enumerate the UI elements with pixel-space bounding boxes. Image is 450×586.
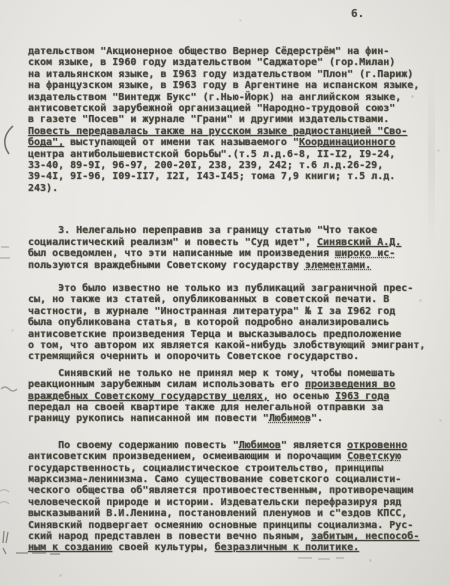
text-line: 33-40, 89-9I, 96-97, 200-20I, 238, 239, … (28, 160, 444, 171)
text-line: Синявский подвергает осмеянию основные п… (28, 520, 444, 531)
text-segment: марксизма-ленинизма. Само существование … (28, 474, 401, 485)
text-segment: в газете "Посев" и журнале "Грани" и дру… (28, 114, 389, 125)
underlined-text-segment: Любимов (269, 413, 311, 424)
underlined-text-segment: бода", (28, 137, 64, 148)
text-line: антисоветским произведением, осмеивающим… (28, 451, 444, 462)
text-line: ском языке, в I960 году издательством "С… (28, 57, 444, 68)
text-segment: Синявский не только не принял мер к тому… (28, 368, 395, 379)
scan-streak-artifact (428, 62, 435, 252)
text-segment: Синявский подвергает осмеянию основные п… (28, 520, 413, 531)
text-line: Повесть передавалась также на русском яз… (28, 126, 444, 137)
text-segment: антисоветским произведением, осмеивающим… (28, 451, 347, 462)
text-line: частности, в журнале "Иностранная литера… (28, 306, 444, 317)
text-segment: дательством "Акционерное общество Вернер… (28, 46, 389, 57)
text-line: на итальянском языке, в I963 году издате… (28, 69, 444, 80)
text-line: реакционным зарубежным силам использоват… (28, 379, 444, 390)
text-line: центра антибольшевистской борьбы".(т.5 л… (28, 149, 444, 160)
text-segment: ". (311, 413, 323, 424)
text-segment: высказываний В.И.Ленина, постановлений п… (28, 508, 407, 519)
text-line: 39-4I, 9I-96, I09-II7, I2I, I43-I45; том… (28, 171, 444, 182)
underlined-text-segment: элементами. (305, 260, 371, 271)
underlined-text-segment: забитым, неспособ- (311, 531, 419, 542)
text-segment: реакционным зарубежным силам использоват… (28, 379, 305, 390)
text-line: на французском языке, в I963 году в Арге… (28, 80, 444, 91)
text-line: 3. Нелегально переправив за границу стат… (28, 225, 444, 236)
squiggle-pencil-marks (0, 490, 9, 504)
underlined-text-segment: широко ис- (335, 248, 395, 259)
text-segment: антисоветской зарубежной организацией "Н… (28, 103, 395, 114)
text-line: социалистический реализм" и повесть "Суд… (28, 237, 444, 248)
text-segment: но осенью (269, 391, 335, 402)
dashes-under-last-line-center (298, 558, 344, 559)
paragraph: дательством "Акционерное общество Вернер… (28, 46, 444, 194)
text-segment: передал на своей квартире также для неле… (28, 402, 383, 413)
parenthesis-pencil-mark (5, 126, 13, 154)
text-line: Это было известно не только из публикаци… (28, 283, 444, 294)
text-segment: Это было известно не только из публикаци… (28, 283, 413, 294)
underlined-text-segment: I963 года (335, 391, 389, 402)
text-segment: пользуются враждебными Советскому госуда… (28, 260, 305, 271)
text-segment: ский народ представлен в повести вечно п… (28, 531, 311, 542)
scan-speckle-artifacts (0, 0, 1, 1)
text-segment: 33-40, 89-9I, 96-97, 200-20I, 238, 239, … (28, 160, 383, 171)
text-segment: ском языке, в I960 году издательством "С… (28, 57, 395, 68)
text-segment: " является (281, 440, 347, 451)
text-segment: выступающей от имени так называемого " (64, 137, 299, 148)
text-line: была опубликована статья, в которой подр… (28, 317, 444, 328)
text-segment: центра антибольшевистской борьбы".(т.5 л… (28, 149, 395, 160)
text-line: бода", выступающей от имени так называем… (28, 137, 444, 148)
text-line: издательством "Винтедж Букс" (г.Нью-Йорк… (28, 92, 444, 103)
text-line: высказываний В.И.Ленина, постановлений п… (28, 508, 444, 519)
text-line: ский народ представлен в повести вечно п… (28, 531, 444, 542)
text-segment: государственность, социалистическое стро… (28, 463, 383, 474)
text-segment: на итальянском языке, в I963 году издате… (28, 69, 413, 80)
text-line: был осведомлен, что эти написанные им пр… (28, 248, 444, 259)
text-segment: была опубликована статья, в которой подр… (28, 317, 389, 328)
underlined-text-segment: откровенно (347, 440, 407, 451)
text-segment: 39-4I, 9I-96, I09-II7, I2I, I43-I45; том… (28, 171, 395, 182)
text-segment: был осведомлен, что эти написанные им пр… (28, 248, 335, 259)
text-line: о том, что автором их является какой-ниб… (28, 340, 444, 351)
text-line: антисоветской зарубежной организацией "Н… (28, 103, 444, 114)
scanned-document-page: 6. дательством "Акционерное общество Вер… (0, 0, 450, 586)
text-block: дательством "Акционерное общество Вернер… (28, 46, 444, 554)
text-line: стремящийся очернить и опорочить Советск… (28, 351, 444, 362)
text-segment: ческого общества об"является противоесте… (28, 485, 413, 496)
text-segment: 243). (28, 183, 58, 194)
dash-pencil-marks (0, 247, 10, 258)
text-line: ческого общества об"является противоесте… (28, 485, 444, 496)
text-line: Синявский не только не принял мер к тому… (28, 368, 444, 379)
underlined-text-segment: безразличным к политике. (215, 542, 360, 553)
text-segment: человеческой природе и истории. Издевате… (28, 497, 401, 508)
text-segment: 3. Нелегально переправив за границу стат… (28, 225, 377, 236)
text-line: границу рукопись написанной им повести "… (28, 413, 444, 424)
underlined-text-segment: произведения во (305, 379, 395, 390)
underlined-text-segment: ным к созданию (28, 542, 112, 553)
underlined-text-segment: Советскую (347, 451, 401, 462)
text-segment: на французском языке, в I963 году в Арге… (28, 80, 419, 91)
text-line: в газете "Посев" и журнале "Грани" и дру… (28, 114, 444, 125)
paragraph: 3. Нелегально переправив за границу стат… (28, 225, 444, 271)
text-line: человеческой природе и истории. Издевате… (28, 497, 444, 508)
text-segment: антисоветские произведения Терца и выска… (28, 329, 401, 340)
underlined-text-segment: Повесть передавалась также на русском яз… (28, 126, 407, 137)
text-line: государственность, социалистическое стро… (28, 463, 444, 474)
double-tick-pencil-mark (3, 531, 8, 554)
text-segment: сы, но также из статей, опубликованных в… (28, 294, 389, 305)
text-segment: социалистический реализм" и повесть "Суд… (28, 237, 317, 248)
paragraph: Это было известно не только из публикаци… (28, 283, 444, 363)
text-line: пользуются враждебными Советскому госуда… (28, 260, 444, 271)
text-line: 243). (28, 183, 444, 194)
text-segment: стремящийся очернить и опорочить Советск… (28, 351, 359, 362)
text-line: антисоветские произведения Терца и выска… (28, 329, 444, 340)
text-segment: границу рукопись написанной им повести " (28, 413, 269, 424)
text-segment: По своему содержанию повесть " (28, 440, 239, 451)
text-line: враждебных Советскому государству целях,… (28, 391, 444, 402)
text-line: сы, но также из статей, опубликованных в… (28, 294, 444, 305)
paragraph: По своему содержанию повесть "Любимов" я… (28, 440, 444, 554)
underlined-text-segment: Синявский А.Д. (317, 237, 401, 248)
underlined-text-segment: Координационного (299, 137, 395, 148)
text-segment: своей культуры, (112, 542, 214, 553)
text-line: марксизма-ленинизма. Само существование … (28, 474, 444, 485)
text-segment: о том, что автором их является какой-ниб… (28, 340, 425, 351)
text-line: ным к созданию своей культуры, безразлич… (28, 542, 444, 553)
underlined-text-segment: враждебных Советскому государству целях, (28, 391, 269, 402)
page-number: 6. (351, 7, 364, 20)
paragraph: Синявский не только не принял мер к тому… (28, 368, 444, 425)
text-line: По своему содержанию повесть "Любимов" я… (28, 440, 444, 451)
text-line: передал на своей квартире также для неле… (28, 402, 444, 413)
text-segment: частности, в журнале "Иностранная литера… (28, 306, 395, 317)
text-segment: издательством "Винтедж Букс" (г.Нью-Йорк… (28, 92, 401, 103)
underlined-text-segment: Любимов (239, 440, 281, 451)
text-line: дательством "Акционерное общество Вернер… (28, 46, 444, 57)
tilde-pencil-mark (1, 387, 17, 391)
